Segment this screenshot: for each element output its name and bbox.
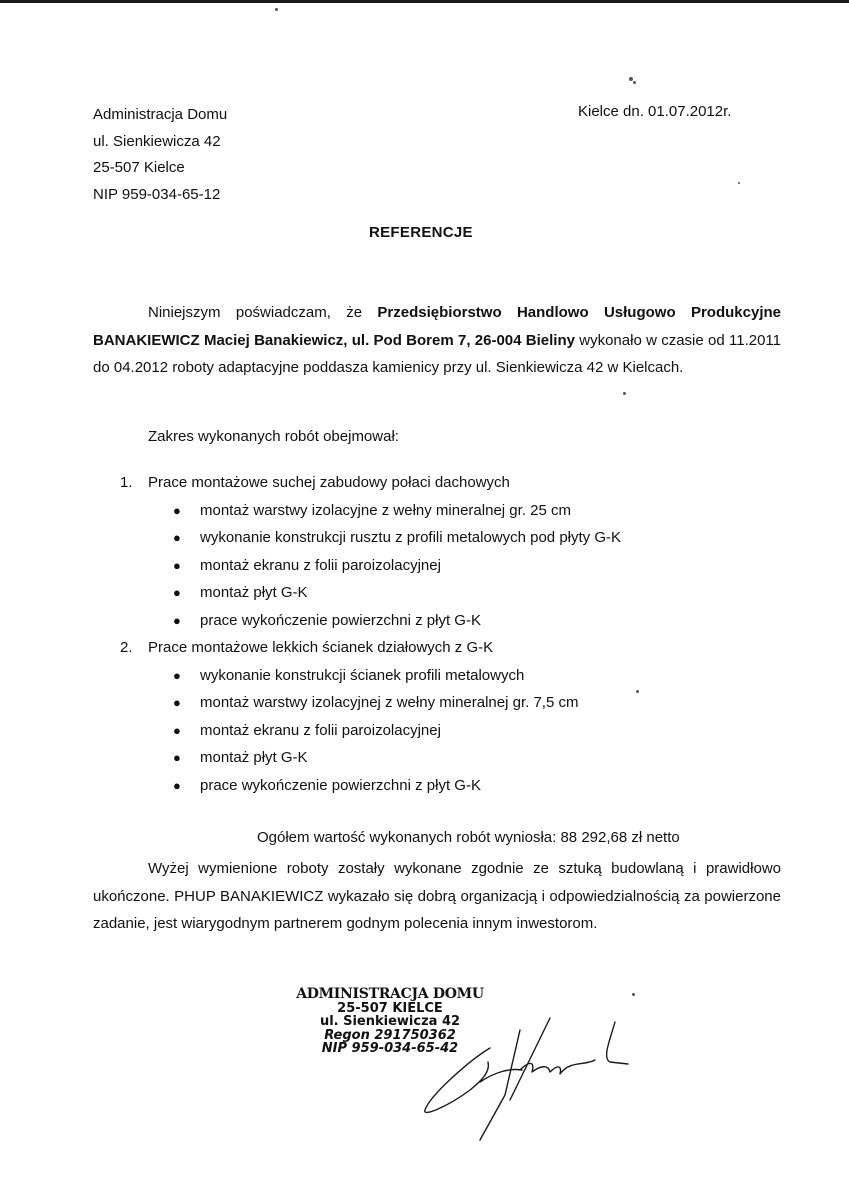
category-number: 2. [120, 634, 144, 662]
scan-speck [633, 81, 636, 84]
scan-top-edge [0, 0, 849, 3]
bullet-icon: ● [173, 717, 181, 745]
signature-icon [410, 1000, 640, 1145]
sender-street: ul. Sienkiewicza 42 [93, 129, 227, 156]
category-number: 1. [120, 469, 144, 497]
intro-paragraph: Niniejszym poświadczam, że Przedsiębiors… [93, 299, 781, 382]
bullet-icon: ● [173, 524, 181, 552]
bullet-icon: ● [173, 772, 181, 800]
total-value-line: Ogółem wartość wykonanych robót wyniosła… [257, 829, 680, 846]
scan-speck [632, 993, 635, 996]
scan-speck [275, 8, 278, 11]
sender-nip: NIP 959-034-65-12 [93, 182, 227, 209]
document-title: REFERENCJE [369, 224, 473, 241]
bullet-icon: ● [173, 579, 181, 607]
scan-speck [623, 392, 626, 395]
sender-city: 25-507 Kielce [93, 155, 227, 182]
closing-paragraph: Wyżej wymienione roboty zostały wykonane… [93, 855, 781, 938]
bullet-icon: ● [173, 744, 181, 772]
bullet-icon: ● [173, 552, 181, 580]
place-date-line: Kielce dn. 01.07.2012r. [578, 103, 731, 120]
sender-address-block: Administracja Domu ul. Sienkiewicza 42 2… [93, 102, 227, 208]
category-label: Prace montażowe lekkich ścianek działowy… [148, 634, 493, 662]
bullet-icon: ● [173, 662, 181, 690]
bullet-icon: ● [173, 689, 181, 717]
bullet-icon: ● [173, 607, 181, 635]
sender-name: Administracja Domu [93, 102, 227, 129]
scope-heading: Zakres wykonanych robót obejmował: [148, 428, 399, 445]
intro-lead: Niniejszym poświadczam, że [148, 304, 377, 321]
scan-speck [636, 690, 639, 693]
bullet-icon: ● [173, 497, 181, 525]
category-label: Prace montażowe suchej zabudowy połaci d… [148, 469, 510, 497]
scan-speck [738, 182, 740, 184]
scan-speck [629, 77, 633, 81]
